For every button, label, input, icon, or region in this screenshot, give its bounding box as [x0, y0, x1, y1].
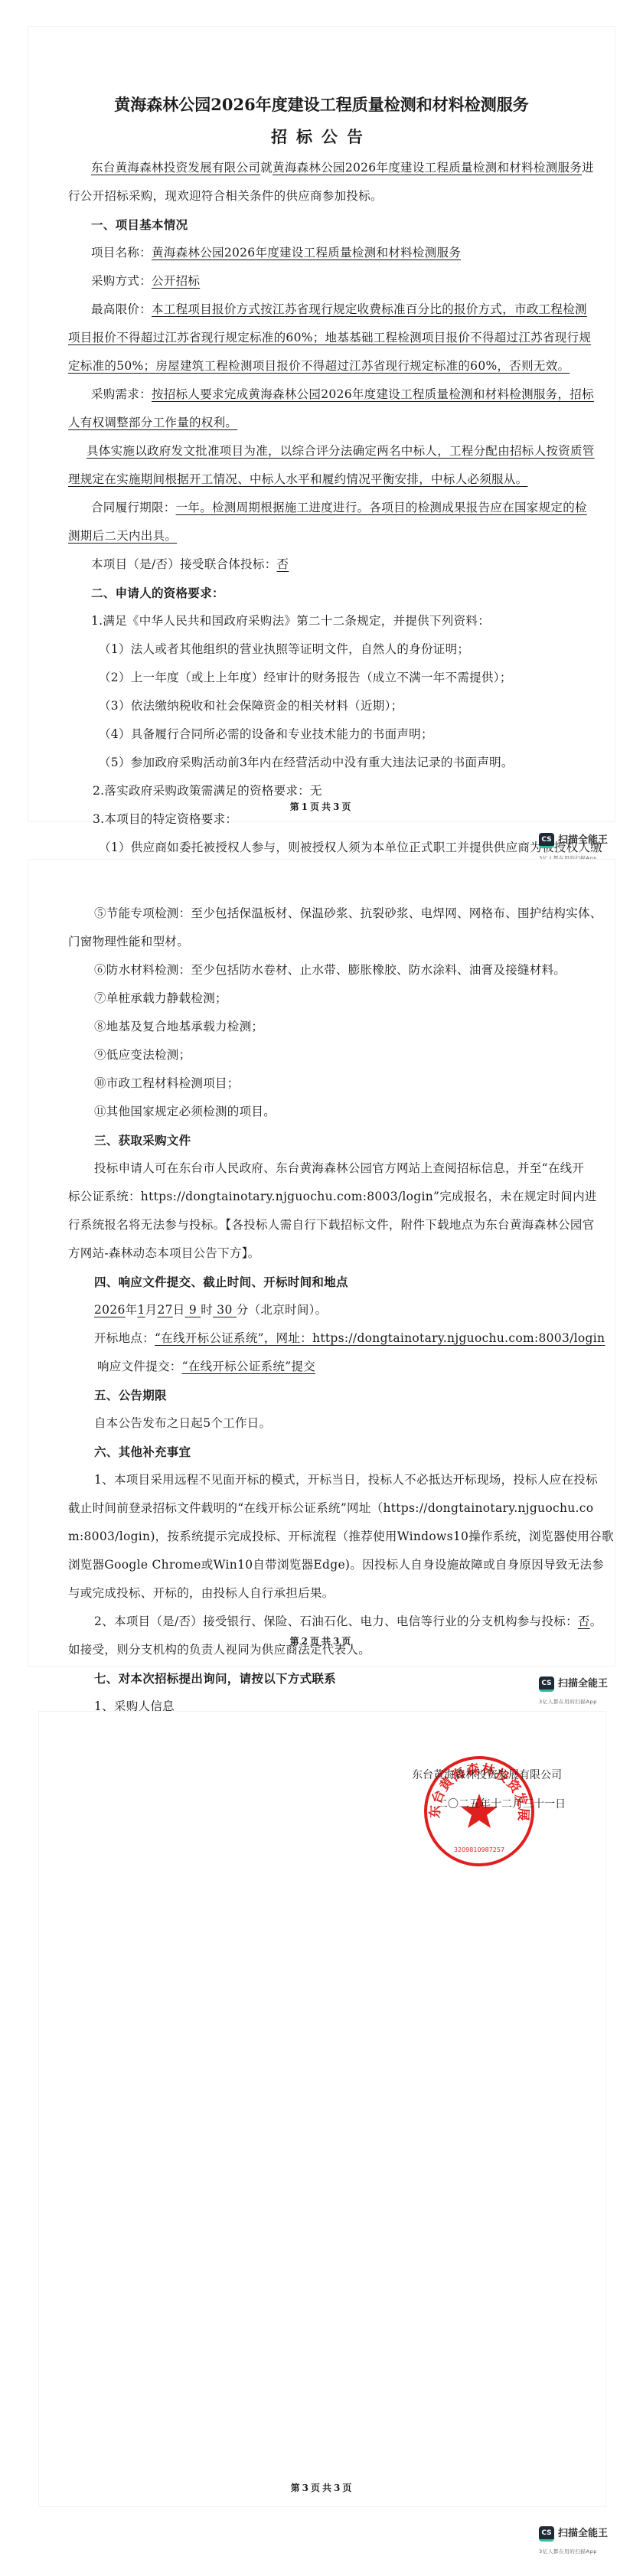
section-5-text: 自本公告发布之日起5个工作日。: [68, 1409, 584, 1438]
supplement-item-1-cont: 截止时间前登录招标文件载明的“在线开标公证系统”网址（https://dongt…: [68, 1494, 584, 1523]
opening-location-link[interactable]: “在线开标公证系统”，网址：https://dongtainotary.njgu…: [155, 1331, 605, 1345]
procurement-method-row: 采购方式：公开招标: [68, 267, 584, 295]
business-item-5: ⑤节能专项检测：至少包括保温板材、保温砂浆、抗裂砂浆、电焊网、网格布、围护结构实…: [68, 899, 584, 928]
max-price-line-3: 定标准的50%；房屋建筑工程检测项目报价不得超过江苏省现行规定标准的60%，否则…: [68, 352, 584, 380]
section-7-heading: 七、对本次招标提出询问，请按以下方式联系: [68, 1664, 584, 1693]
intro-paragraph-line-2: 行公开招标采购，现欢迎符合相关条件的供应商参加投标。: [68, 182, 584, 211]
document-title: 黄海森林公园2026年度建设工程质量检测和材料检测服务: [28, 93, 615, 116]
business-item-9: ⑨低应变法检测；: [68, 1041, 584, 1069]
supplement-item-1: 1、本项目采用远程不见面开标的模式，开标当日，投标人不必抵达开标现场，投标人应在…: [68, 1466, 584, 1494]
requirement-1-item: （1）法人或者其他组织的营业执照等证明文件，自然人的身份证明；: [68, 635, 584, 664]
section-3-heading: 三、获取采购文件: [68, 1126, 584, 1154]
implementation-line-2: 理规定在实施期间根据开工情况、中标人水平和履约情况平衡安排，中标人必须服从。: [68, 465, 584, 494]
signature-company: 东台黄海森林投资发展有限公司: [412, 1767, 562, 1782]
deadline-row: 2026年1月27日 9 时 30 分（北京时间）。: [68, 1296, 584, 1324]
contract-term-row: 合同履行期限：一年。检测周期根据施工进度进行。各项目的检测成果报告应在国家规定的…: [68, 494, 584, 522]
consortium-value: 否: [277, 557, 289, 571]
business-item-10: ⑩市政工程材料检测项目；: [68, 1069, 584, 1098]
section-6-heading: 六、其他补充事宜: [68, 1438, 584, 1466]
page-footer-2: 第2页共3页: [28, 1634, 615, 1647]
supplement-item-2: 2、本项目（是/否）接受银行、保险、石油石化、电力、电信等行业的分支机构参与投标…: [68, 1608, 584, 1636]
requirement-1-item: （5）参加政府采购活动前3年内在经营活动中没有重大违法记录的书面声明。: [68, 749, 584, 777]
section-3-line: 行系统报名将无法参与投标。【各投标人需自行下载招标文件，附件下载地点为东台黄海森…: [68, 1211, 584, 1239]
signature-date: 二〇二五年十二月三十一日: [437, 1796, 566, 1811]
document-subtitle: 招标公告: [28, 125, 615, 148]
requirement-1-item: （4）具备履行合同所必需的设备和专业技术能力的书面声明；: [68, 720, 584, 749]
section-3-line: 标公证系统：https://dongtainotary.njguochu.com…: [68, 1183, 584, 1211]
contract-term-line-2: 测期后二天内出具。: [68, 522, 584, 550]
page-footer-1: 第1页共3页: [28, 800, 615, 813]
business-item-6: ⑥防水材料检测：至少包括防水卷材、止水带、膨胀橡胶、防水涂料、油膏及接缝材料。: [68, 956, 584, 984]
camscanner-watermark: CS 扫描全能王 3亿人都在用的扫描App: [539, 1677, 609, 1715]
page-footer-3: 第3页共3页: [39, 2481, 605, 2494]
camscanner-logo-icon: CS: [539, 2526, 554, 2542]
document-page-3: 东台黄海森林投资发展有限公司 3209810987257 东台黄海森林投资发展有…: [38, 1711, 606, 2507]
requirement-1-item: （3）依法缴纳税收和社会保障资金的相关材料（近期）；: [68, 692, 584, 720]
section-4-heading: 四、响应文件提交、截止时间、开标时间和地点: [68, 1268, 584, 1296]
svg-text:3209810987257: 3209810987257: [454, 1846, 504, 1853]
section-3-line: 投标申请人可在东台市人民政府、东台黄海森林公园官方网站上查阅招标信息，并至“在线…: [68, 1154, 584, 1183]
business-item-5-cont: 门窗物理性能和型材。: [68, 928, 584, 956]
demand-line-2: 人有权调整部分工作量的权利。: [68, 409, 584, 437]
business-item-11: ⑪其他国家规定必须检测的项目。: [68, 1098, 584, 1126]
section-3-line: 方网站-森林动态本项目公告下方】。: [68, 1239, 584, 1268]
opening-location-row: 开标地点：“在线开标公证系统”，网址：https://dongtainotary…: [68, 1324, 584, 1353]
supplement-item-1-cont: 浏览器Google Chrome或Win10自带浏览器Edge)。因投标人自身设…: [68, 1551, 584, 1579]
submission-row: 响应文件提交：“在线开标公证系统”提交: [68, 1353, 584, 1381]
document-page-2: ⑤节能专项检测：至少包括保温板材、保温砂浆、抗裂砂浆、电焊网、网格布、围护结构实…: [28, 859, 615, 1667]
intro-paragraph-line-1: 东台黄海森林投资发展有限公司就黄海森林公园2026年度建设工程质量检测和材料检测…: [68, 154, 584, 182]
camscanner-logo-icon: CS: [539, 833, 554, 848]
max-price-line-2: 项目报价不得超过江苏省现行规定标准的60%；地基基础工程检测项目报价不得超过江苏…: [68, 324, 584, 352]
business-item-7: ⑦单桩承载力静载检测；: [68, 984, 584, 1013]
requirement-1: 1.满足《中华人民共和国政府采购法》第二十二条规定，并提供下列资料：: [68, 607, 584, 635]
consortium-row: 本项目（是/否）接受联合体投标：否: [68, 550, 584, 579]
demand-row: 采购需求：按招标人要求完成黄海森林公园2026年度建设工程质量检测和材料检测服务…: [68, 380, 584, 409]
supplement-item-1-cont: m:8003/login)，按系统提示完成投标、开标流程（推荐使用Windows…: [68, 1523, 584, 1551]
camscanner-logo-icon: CS: [539, 1677, 554, 1692]
document-page-1: 黄海森林公园2026年度建设工程质量检测和材料检测服务 招标公告 东台黄海森林投…: [28, 26, 615, 822]
supplement-item-1-cont: 与或完成投标、开标的，由投标人自行承担后果。: [68, 1579, 584, 1608]
camscanner-watermark: CS 扫描全能王 3亿人都在用的扫描App: [539, 2526, 609, 2565]
section-5-heading: 五、公告期限: [68, 1381, 584, 1409]
business-item-8: ⑧地基及复合地基承载力检测；: [68, 1013, 584, 1041]
requirement-1-item: （2）上一年度（或上上年度）经审计的财务报告（成立不满一年不需提供）；: [68, 664, 584, 692]
section-2-heading: 二、申请人的资格要求：: [68, 579, 584, 607]
project-name-row: 项目名称：黄海森林公园2026年度建设工程质量检测和材料检测服务: [68, 239, 584, 267]
procurement-method-value: 公开招标: [152, 274, 200, 288]
section-1-heading: 一、项目基本情况: [68, 211, 584, 239]
project-name-value: 黄海森林公园2026年度建设工程质量检测和材料检测服务: [152, 246, 461, 260]
implementation-line-1: 具体实施以政府发文批准项目为准，以综合评分法确定两名中标人，工程分配由招标人按资…: [68, 437, 584, 465]
max-price-row: 最高限价：本工程项目报价方式按江苏省现行规定收费标准百分比的报价方式，市政工程检…: [68, 295, 584, 324]
specific-requirement-1: （1）供应商如委托被授权人参与，则被授权人须为本单位正式职工并提供供应商为被授权…: [68, 834, 584, 862]
